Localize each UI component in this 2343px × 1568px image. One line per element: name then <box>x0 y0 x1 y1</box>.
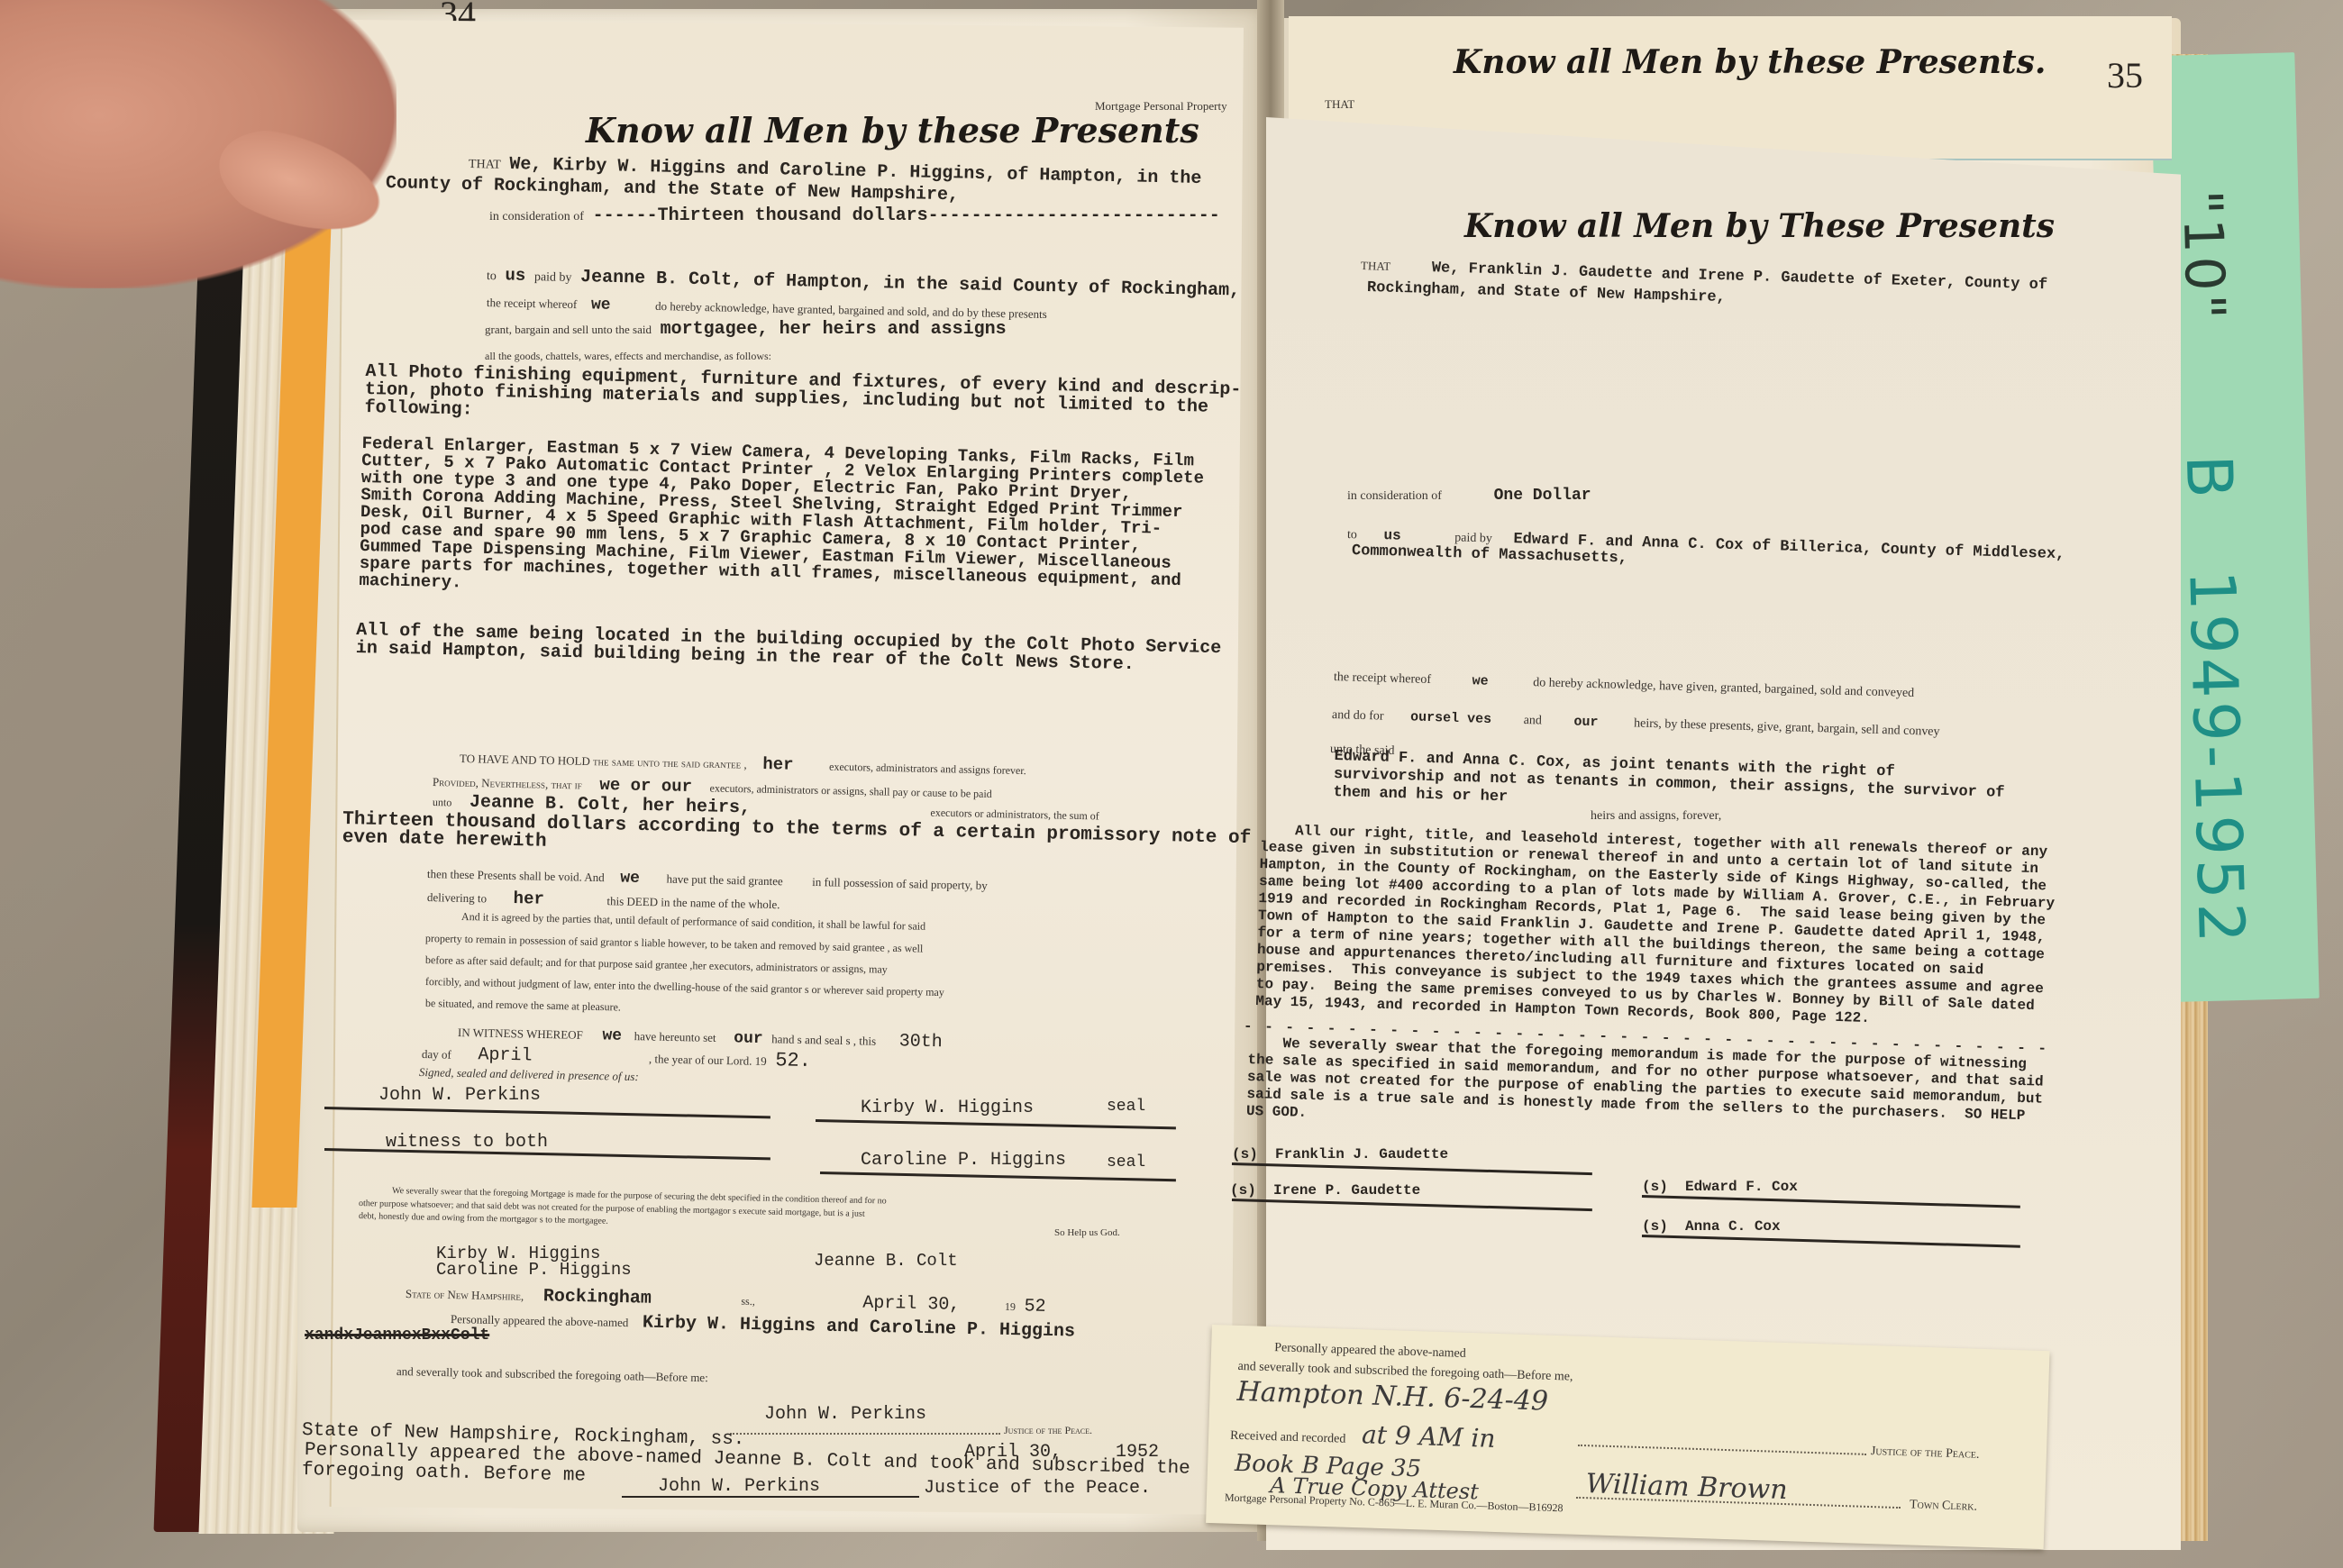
provided-value: we or our <box>599 775 692 797</box>
slip-received-row: Received and recorded at 9 AM in <box>1230 1416 1496 1454</box>
right-heading: Know all Men by These Presents <box>1464 207 2055 245</box>
right-do-for-label: and do for <box>1332 708 1384 724</box>
year-value: 52. <box>775 1049 811 1072</box>
witness-we: we <box>602 1026 622 1044</box>
receipt-value: we <box>591 296 611 314</box>
habendum-tail: executors, administrators and assigns fo… <box>829 761 1026 778</box>
year-label: , the year of our Lord. 19 <box>649 1052 767 1068</box>
top-form-that: THAT <box>1325 97 1354 112</box>
grant-value: mortgagee, her heirs and assigns <box>661 319 1007 340</box>
top-form-heading: Know all Men by these Presents. <box>1454 43 2046 81</box>
void-tail: have put the said grantee in full posses… <box>666 872 987 892</box>
consideration-row: in consideration of ------Thirteen thous… <box>489 205 1220 226</box>
day-of-label: day of <box>422 1047 451 1062</box>
slip-clerk-label: Town Clerk. <box>1910 1498 1977 1514</box>
ack-year: 52 <box>1024 1296 1045 1317</box>
witness-whereof-label: IN WITNESS WHEREOF <box>458 1026 583 1042</box>
tab-book-letter: B <box>2172 453 2247 502</box>
right-our-value: our <box>1573 715 1598 731</box>
jp-line <box>730 1433 1000 1435</box>
consideration-label: in consideration of <box>489 210 584 223</box>
witness-day: 30th <box>898 1031 942 1053</box>
right-lease-paragraph: All our right, title, and leasehold inte… <box>1255 822 2056 1033</box>
ss-label: ss., <box>741 1295 755 1308</box>
signature-irene: (s) Irene P. Gaudette <box>1230 1182 1420 1199</box>
slip-jp-line <box>1578 1445 1866 1455</box>
oath-signer2: Caroline P. Higgins <box>436 1260 632 1280</box>
grant-label: grant, bargain and sell unto the said <box>485 323 652 336</box>
signer2-name: Caroline P. Higgins <box>861 1150 1066 1171</box>
right-and-label: and <box>1523 714 1542 728</box>
that-label: THAT <box>469 158 501 172</box>
right-heirs-assigns: heirs and assigns, forever, <box>1591 809 1721 824</box>
right-page-number: 35 <box>2107 54 2143 96</box>
right-receipt-value: we <box>1472 673 1488 688</box>
right-do-for-value: oursel ves <box>1410 709 1491 727</box>
state-label: State of New Hampshire, <box>406 1287 524 1303</box>
recording-slip: Personally appeared the above-named and … <box>1206 1325 2049 1549</box>
right-paid-by-label: paid by <box>1454 531 1492 545</box>
so-help-us-god: So Help us God. <box>1054 1227 1120 1238</box>
typed-ack-jp: John W. Perkins <box>658 1476 820 1497</box>
seal1-label: seal <box>1107 1098 1145 1116</box>
to-label: to <box>487 269 497 283</box>
goods-itemized-list: Federal Enlarger, Eastman 5 x 7 View Cam… <box>359 435 1204 607</box>
seal2-label: seal <box>1107 1153 1145 1171</box>
ack-date: April 30, <box>862 1293 960 1316</box>
struck-out-text: xandxJeannexBxxColt <box>305 1326 489 1345</box>
delivering-label: delivering to <box>427 890 487 905</box>
slip-jp-label: Justice of the Peace. <box>1871 1445 1980 1463</box>
right-to-label: to <box>1347 528 1357 542</box>
slip-handwritten-time: at 9 AM in <box>1362 1419 1496 1454</box>
right-consideration-label: in consideration of <box>1347 489 1442 503</box>
signature-anna: (s) Anna C. Cox <box>1642 1218 1781 1235</box>
goods-label: all the goods, chattels, wares, effects … <box>485 350 771 363</box>
typed-ack-jp-line <box>622 1496 919 1498</box>
left-heading: Know all Men by these Presents <box>586 110 1199 150</box>
ack-year-prefix: 19 <box>1005 1300 1016 1313</box>
delivering-value: her <box>513 889 544 909</box>
oath-signer3: Jeanne B. Colt <box>814 1251 958 1271</box>
to-value: us <box>505 265 525 285</box>
receipt-label: the receipt whereof <box>487 296 578 311</box>
right-that-label: THAT <box>1361 259 1391 273</box>
right-consideration-row: in consideration of One Dollar <box>1347 487 1591 505</box>
grant-row: grant, bargain and sell unto the said mo… <box>485 319 1007 340</box>
witness-hands: hand s and seal s , this <box>771 1032 876 1047</box>
right-receipt-label: the receipt whereof <box>1334 670 1431 687</box>
provided-label: Provided, Nevertheless, that if <box>433 775 582 791</box>
slip-appeared-label: Personally appeared the above-named <box>1274 1341 1466 1362</box>
habendum-value: her <box>762 754 794 775</box>
unto-tail: executors or administrators, the sum of <box>930 807 1099 823</box>
delivering-tail: this DEED in the name of the whole. <box>606 894 779 911</box>
jp-name: John W. Perkins <box>764 1404 926 1425</box>
signature-edward: (s) Edward F. Cox <box>1642 1179 1798 1195</box>
witness-our: our <box>734 1029 763 1048</box>
void-value: we <box>620 869 640 887</box>
typed-ack-jp-label: Justice of the Peace. <box>924 1478 1151 1499</box>
right-to-value: us <box>1383 527 1401 544</box>
consideration-value: ------Thirteen thousand dollars---------… <box>593 205 1220 226</box>
witness1-name: John W. Perkins <box>378 1085 541 1106</box>
signature-franklin: (s) Franklin J. Gaudette <box>1232 1146 1448 1162</box>
unto-label: unto <box>433 796 452 808</box>
signer1-name: Kirby W. Higgins <box>861 1098 1034 1118</box>
slip-received-label: Received and recorded <box>1230 1429 1346 1446</box>
day-of-month: April <box>478 1044 532 1066</box>
county-value: Rockingham <box>543 1286 652 1309</box>
habendum-label: TO HAVE AND TO HOLD the same unto the sa… <box>460 752 747 771</box>
jp-label: Justice of the Peace. <box>1004 1424 1092 1437</box>
witness-mid: have hereunto set <box>634 1029 716 1044</box>
void-text: then these Presents shall be void. And <box>427 867 605 884</box>
tab-years: 1949-1952 <box>2174 570 2258 948</box>
right-consideration-value: One Dollar <box>1494 487 1591 505</box>
paid-by-label: paid by <box>534 270 572 285</box>
